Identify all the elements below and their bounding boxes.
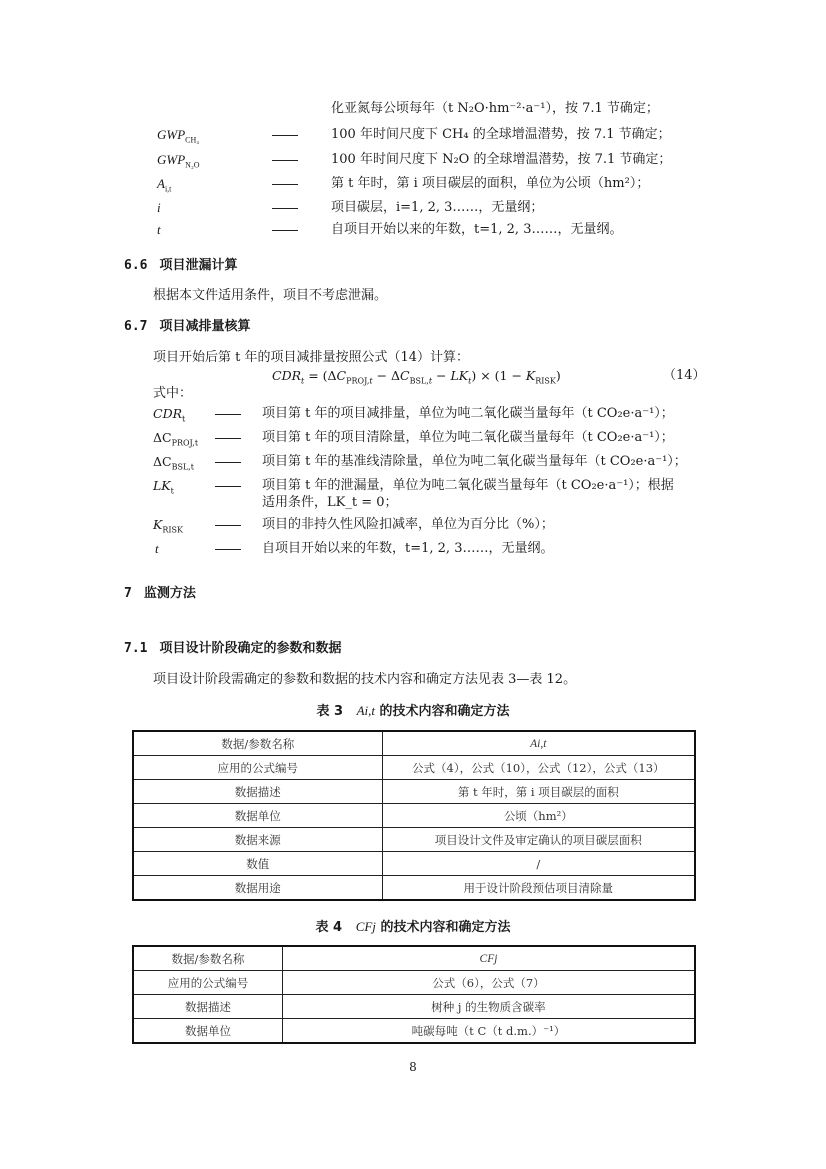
table-row: 数据来源项目设计文件及审定确认的项目碳层面积 bbox=[133, 828, 695, 852]
table-row: 数据/参数名称Ai,t bbox=[133, 731, 695, 756]
definition-desc: 自项目开始以来的年数，t=1, 2, 3……，无量纲。 bbox=[331, 221, 622, 239]
row-value: CFj bbox=[282, 946, 695, 971]
table-row: 应用的公式编号公式（6），公式（7） bbox=[133, 971, 695, 995]
definition-desc: 第 t 年时，第 i 项目碳层的面积，单位为公顷（hm²）； bbox=[331, 175, 649, 193]
table-4-caption: 表 4 CFj 的技术内容和确定方法 bbox=[0, 916, 826, 935]
table-4: 数据/参数名称CFj 应用的公式编号公式（6），公式（7） 数据描述树种 j 的… bbox=[132, 945, 696, 1044]
continuation-text: 化亚氮每公顷每年（t N₂O·hm⁻²·a⁻¹），按 7.1 节确定； bbox=[331, 100, 659, 118]
page-number: 8 bbox=[0, 1060, 826, 1074]
symbol-gwp-n2o: GWPN₂O bbox=[157, 151, 200, 169]
equation-number: （14） bbox=[663, 367, 706, 385]
em-dash bbox=[215, 462, 241, 463]
row-value: 项目设计文件及审定确认的项目碳层面积 bbox=[382, 828, 695, 852]
em-dash bbox=[215, 414, 241, 415]
section-number: 7 bbox=[124, 586, 132, 601]
row-value: 公式（4），公式（10），公式（12），公式（13） bbox=[382, 756, 695, 780]
em-dash bbox=[272, 230, 298, 231]
table-3-caption: 表 3 Ai,t 的技术内容和确定方法 bbox=[0, 700, 826, 719]
row-label: 数据单位 bbox=[133, 804, 382, 828]
row-label: 数据来源 bbox=[133, 828, 382, 852]
row-label: 数据/参数名称 bbox=[133, 731, 382, 756]
table-row: 数据单位公顷（hm²） bbox=[133, 804, 695, 828]
symbol-k-risk: KRISK bbox=[153, 516, 183, 534]
symbol-gwp-ch4: GWPCH₄ bbox=[157, 126, 199, 144]
section-number: 6.6 bbox=[124, 258, 147, 273]
symbol-delta-c-proj: ΔCPROJ,t bbox=[153, 429, 198, 447]
symbol-t: t bbox=[155, 540, 159, 558]
table-row: 数据/参数名称CFj bbox=[133, 946, 695, 971]
symbol-lk-t: LKt bbox=[153, 477, 174, 495]
section-heading-6-7: 6.7项目减排量核算 bbox=[124, 318, 251, 336]
symbol-cdr-t: CDRt bbox=[153, 405, 185, 423]
row-value: Ai,t bbox=[382, 731, 695, 756]
row-label: 应用的公式编号 bbox=[133, 756, 382, 780]
table-row: 数据单位吨碳每吨（t C（t d.m.）⁻¹） bbox=[133, 1019, 695, 1044]
where-label: 式中： bbox=[153, 385, 192, 403]
row-label: 应用的公式编号 bbox=[133, 971, 282, 995]
section-number: 7.1 bbox=[124, 641, 147, 656]
symbol-i: i bbox=[157, 199, 161, 217]
row-label: 数据描述 bbox=[133, 780, 382, 804]
definition-desc-continuation: 适用条件，LK_t = 0； bbox=[262, 494, 398, 512]
row-label: 数据单位 bbox=[133, 1019, 282, 1044]
section-title: 监测方法 bbox=[144, 586, 196, 601]
table-row: 数据描述第 t 年时，第 i 项目碳层的面积 bbox=[133, 780, 695, 804]
symbol-delta-c-bsl: ΔCBSL,t bbox=[153, 453, 194, 471]
row-value: / bbox=[382, 852, 695, 876]
em-dash bbox=[215, 525, 241, 526]
symbol-t: t bbox=[157, 221, 161, 239]
document-page: 化亚氮每公顷每年（t N₂O·hm⁻²·a⁻¹），按 7.1 节确定； GWPC… bbox=[0, 0, 826, 1169]
row-value: 树种 j 的生物质含碳率 bbox=[282, 995, 695, 1019]
row-value: 第 t 年时，第 i 项目碳层的面积 bbox=[382, 780, 695, 804]
symbol-a-i-t: Ai,t bbox=[157, 175, 171, 193]
section-heading-7-1: 7.1项目设计阶段确定的参数和数据 bbox=[124, 640, 342, 658]
definition-desc: 项目第 t 年的泄漏量，单位为吨二氧化碳当量每年（t CO₂e·a⁻¹）；根据 bbox=[262, 477, 674, 495]
em-dash bbox=[272, 184, 298, 185]
row-label: 数据/参数名称 bbox=[133, 946, 282, 971]
definition-desc: 项目第 t 年的项目减排量，单位为吨二氧化碳当量每年（t CO₂e·a⁻¹）； bbox=[262, 405, 674, 423]
section-6-7-intro: 项目开始后第 t 年的项目减排量按照公式（14）计算： bbox=[153, 349, 469, 367]
definition-desc: 项目的非持久性风险扣减率，单位为百分比（%）； bbox=[262, 516, 554, 534]
section-6-6-body: 根据本文件适用条件，项目不考虑泄漏。 bbox=[153, 287, 387, 305]
section-title: 项目减排量核算 bbox=[159, 319, 250, 334]
row-value: 公式（6），公式（7） bbox=[282, 971, 695, 995]
em-dash bbox=[215, 438, 241, 439]
section-7-1-body: 项目设计阶段需确定的参数和数据的技术内容和确定方法见表 3—表 12。 bbox=[153, 671, 576, 689]
row-label: 数据描述 bbox=[133, 995, 282, 1019]
em-dash bbox=[272, 160, 298, 161]
row-value: 公顷（hm²） bbox=[382, 804, 695, 828]
definition-desc: 项目第 t 年的基准线清除量，单位为吨二氧化碳当量每年（t CO₂e·a⁻¹）； bbox=[262, 453, 687, 471]
row-label: 数据用途 bbox=[133, 876, 382, 901]
section-heading-7: 7监测方法 bbox=[124, 585, 196, 603]
table-row: 数据用途用于设计阶段预估项目清除量 bbox=[133, 876, 695, 901]
em-dash bbox=[272, 208, 298, 209]
table-3: 数据/参数名称Ai,t 应用的公式编号公式（4），公式（10），公式（12），公… bbox=[132, 730, 696, 901]
section-number: 6.7 bbox=[124, 319, 147, 334]
table-row: 数据描述树种 j 的生物质含碳率 bbox=[133, 995, 695, 1019]
row-value: 用于设计阶段预估项目清除量 bbox=[382, 876, 695, 901]
em-dash bbox=[215, 486, 241, 487]
section-heading-6-6: 6.6项目泄漏计算 bbox=[124, 257, 238, 275]
em-dash bbox=[215, 549, 241, 550]
table-row: 数值/ bbox=[133, 852, 695, 876]
row-value: 吨碳每吨（t C（t d.m.）⁻¹） bbox=[282, 1019, 695, 1044]
table-row: 应用的公式编号公式（4），公式（10），公式（12），公式（13） bbox=[133, 756, 695, 780]
section-title: 项目泄漏计算 bbox=[159, 258, 237, 273]
em-dash bbox=[272, 135, 298, 136]
equation-14: CDRt = (ΔCPROJ,t − ΔCBSL,t − LKt) × (1 −… bbox=[272, 367, 561, 385]
definition-desc: 项目碳层，i=1, 2, 3……，无量纲； bbox=[331, 199, 543, 217]
row-label: 数值 bbox=[133, 852, 382, 876]
definition-desc: 项目第 t 年的项目清除量，单位为吨二氧化碳当量每年（t CO₂e·a⁻¹）； bbox=[262, 429, 674, 447]
definition-desc: 自项目开始以来的年数，t=1, 2, 3……，无量纲。 bbox=[262, 540, 553, 558]
definition-desc: 100 年时间尺度下 CH₄ 的全球增温潜势，按 7.1 节确定； bbox=[331, 126, 671, 144]
definition-desc: 100 年时间尺度下 N₂O 的全球增温潜势，按 7.1 节确定； bbox=[331, 151, 671, 169]
section-title: 项目设计阶段确定的参数和数据 bbox=[159, 641, 341, 656]
